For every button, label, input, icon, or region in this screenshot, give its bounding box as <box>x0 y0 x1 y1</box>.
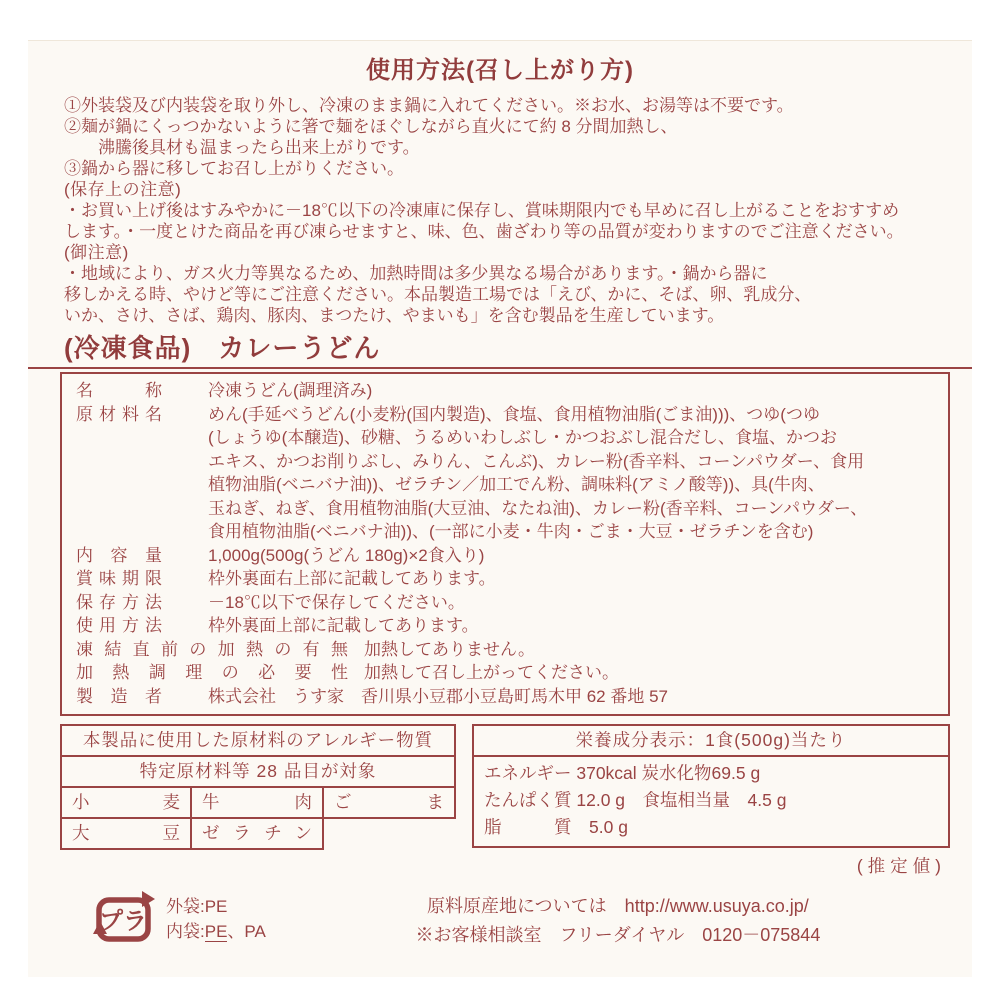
allergy-row: 小 麦 牛 肉 ご ま <box>60 788 456 819</box>
spec-value: 加熱してありません。 <box>364 638 535 662</box>
usage-step-2-cont: 沸騰後具材も温まったら出来上がりです。 <box>64 137 936 158</box>
storage-notice-line: ・お買い上げ後はすみやかに－18℃以下の冷凍庫に保存し、賞味期限内でも早めに召し… <box>64 200 936 221</box>
spec-row-preheat: 凍結直前の加熱の有無 加熱してありません。 <box>76 638 938 662</box>
spec-label: 使用方法 <box>76 614 162 638</box>
caution-title: (御注意) <box>64 242 936 263</box>
allergy-subtitle: 特定原材料等 28 品目が対象 <box>60 757 456 788</box>
spec-row-best-before: 賞味期限 枠外裏面右上部に記載してあります。 <box>76 567 938 591</box>
spec-label: 凍結直前の加熱の有無 <box>76 638 348 662</box>
nutrition-table: 栄養成分表示：1食(500g)当たり エネルギー 370kcal 炭水化物69.… <box>472 724 950 878</box>
bag-materials: 外袋:PE 内袋:PE、PA <box>166 890 266 944</box>
spec-value: めん(手延べうどん(小麦粉(国内製造)、食塩、食用植物油脂(ごま油)))、つゆ(… <box>208 403 867 544</box>
nutrition-header: 栄養成分表示：1食(500g)当たり <box>472 724 950 757</box>
nutrition-line-fat: 脂 質 5.0 g <box>484 814 938 841</box>
title-rule <box>28 367 972 369</box>
spec-label: 賞味期限 <box>76 567 162 591</box>
spec-label: 製 造 者 <box>76 685 162 709</box>
page: { "colors": { "ink": "#9a4444", "ink_str… <box>0 0 1000 1000</box>
usage-title: 使用方法(召し上がり方) <box>64 55 936 87</box>
spec-row-net-content: 内 容 量 1,000g(500g(うどん 180g)×2食入り) <box>76 544 938 568</box>
spec-label: 内 容 量 <box>76 544 162 568</box>
spec-value: 枠外裏面右上部に記載してあります。 <box>208 567 496 591</box>
spec-label: 加熱調理の必要性 <box>76 661 348 685</box>
spec-row-usage: 使用方法 枠外裏面上部に記載してあります。 <box>76 614 938 638</box>
caution-line: 移しかえる時、やけど等にご注意ください。本品製造工場では「えび、かに、そば、卵、… <box>64 284 936 305</box>
inner-bag-material: 内袋:PE、PA <box>166 919 266 944</box>
allergy-cell-beef: 牛 肉 <box>192 788 324 819</box>
spec-row-name: 名 称 冷凍うどん(調理済み) <box>76 379 938 403</box>
storage-notice-title: (保存上の注意) <box>64 179 936 200</box>
spec-row-heating-required: 加熱調理の必要性 加熱して召し上がってください。 <box>76 661 938 685</box>
nutrition-line-energy-carb: エネルギー 370kcal 炭水化物69.5 g <box>484 760 938 787</box>
spec-row-manufacturer: 製 造 者 株式会社 うす家 香川県小豆郡小豆島町馬木甲 62 番地 57 <box>76 685 938 709</box>
plastic-recycle-icon: プラ <box>92 890 156 953</box>
spec-row-ingredients: 原材料名 めん(手延べうどん(小麦粉(国内製造)、食塩、食用植物油脂(ごま油))… <box>76 403 938 544</box>
allergy-cell-soy: 大 豆 <box>60 819 192 850</box>
product-title: (冷凍食品) カレーうどん <box>64 332 936 365</box>
spec-row-storage: 保存方法 －18℃以下で保存してください。 <box>76 591 938 615</box>
spec-table: 名 称 冷凍うどん(調理済み) 原材料名 めん(手延べうどん(小麦粉(国内製造)… <box>60 372 950 716</box>
caution-line: いか、さけ、さば、鶏肉、豚肉、まつたけ、やまいも」を含む製品を生産しています。 <box>64 305 936 326</box>
usage-step-2: ②麺が鍋にくっつかないように箸で麺をほぐしながら直火にて約 8 分間加熱し、 <box>64 116 936 137</box>
allergy-cell-gelatin: ゼラチン <box>192 819 324 850</box>
caution-line: ・地域により、ガス火力等異なるため、加熱時間は多少異なる場合があります。・鍋から… <box>64 263 936 284</box>
allergy-table: 本製品に使用した原材料のアレルギー物質 特定原材料等 28 品目が対象 小 麦 … <box>60 724 456 850</box>
allergy-cell-wheat: 小 麦 <box>60 788 192 819</box>
storage-notice-line: します。・一度とけた商品を再び凍らせますと、味、色、歯ざわり等の品質が変わります… <box>64 221 936 242</box>
spec-value: 加熱して召し上がってください。 <box>364 661 619 685</box>
spec-value: 株式会社 うす家 香川県小豆郡小豆島町馬木甲 62 番地 57 <box>208 685 668 709</box>
spec-value: 冷凍うどん(調理済み) <box>208 379 372 403</box>
usage-step-1: ①外装袋及び内装袋を取り外し、冷凍のまま鍋に入れてください。※お水、お湯等は不要… <box>64 95 936 116</box>
spec-label: 原材料名 <box>76 403 162 427</box>
allergy-row: 大 豆 ゼラチン <box>60 819 456 850</box>
product-label: 使用方法(召し上がり方) ①外装袋及び内装袋を取り外し、冷凍のまま鍋に入れてくだ… <box>28 40 972 977</box>
spec-value: 枠外裏面上部に記載してあります。 <box>208 614 479 638</box>
spec-value: 1,000g(500g(うどん 180g)×2食入り) <box>208 544 484 568</box>
contact-info: ※お客様相談室 フリーダイヤル 0120－075844 <box>286 921 950 950</box>
spec-label: 名 称 <box>76 379 162 403</box>
allergy-title: 本製品に使用した原材料のアレルギー物質 <box>60 724 456 757</box>
outer-bag-material: 外袋:PE <box>166 894 266 919</box>
nutrition-body: エネルギー 370kcal 炭水化物69.5 g たんぱく質 12.0 g 食塩… <box>472 757 950 848</box>
usage-step-3: ③鍋から器に移してお召し上がりください。 <box>64 158 936 179</box>
nutrition-line-protein-salt: たんぱく質 12.0 g 食塩相当量 4.5 g <box>484 787 938 814</box>
origin-info: 原料原産地については http://www.usuya.co.jp/ <box>286 892 950 921</box>
spec-label: 保存方法 <box>76 591 162 615</box>
spec-value: －18℃以下で保存してください。 <box>208 591 465 615</box>
allergy-cell-sesame: ご ま <box>324 788 456 819</box>
svg-text:プラ: プラ <box>99 908 147 935</box>
estimate-note: (推定値) <box>472 853 950 878</box>
